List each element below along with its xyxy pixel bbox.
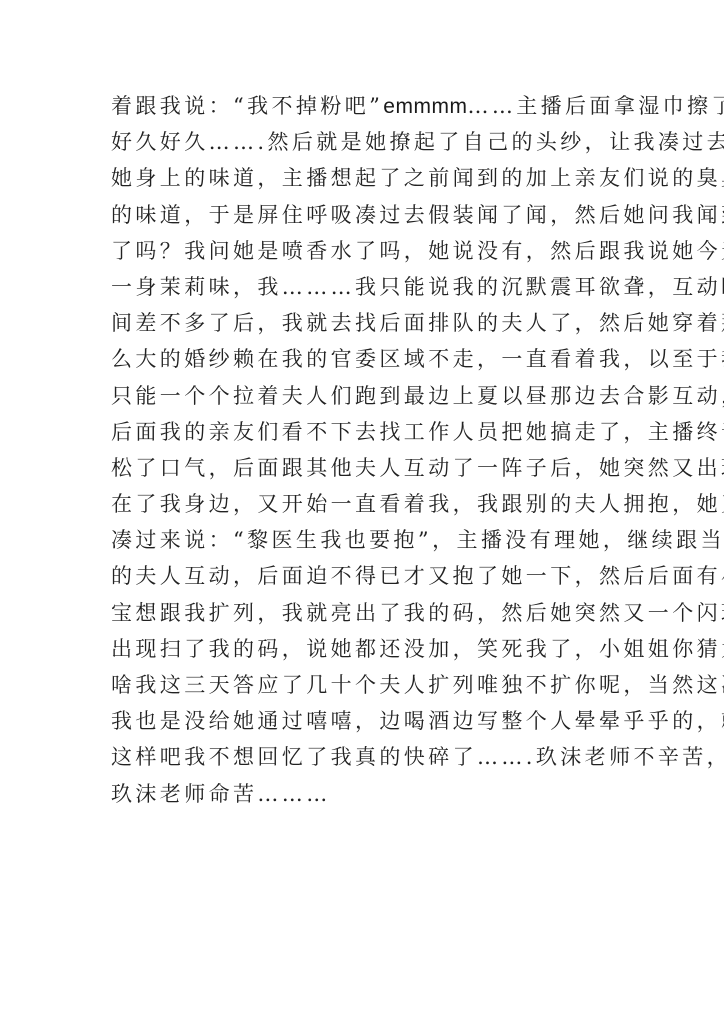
- text-line-13: 凑过来说：“黎医生我也要抱”，主播没有理她，继续跟当时: [111, 522, 621, 558]
- text-line-20: 玖沫老师命苦………: [111, 776, 621, 812]
- text-line-12: 在了我身边，又开始一直看着我，我跟别的夫人拥抱，她又: [111, 486, 621, 522]
- text-line-9: 只能一个个拉着夫人们跑到最边上夏以昼那边去合影互动，: [111, 378, 621, 414]
- text-line-5: 了吗？我问她是喷香水了吗，她说没有，然后跟我说她今天: [111, 233, 621, 269]
- text-segment: 着跟我说：“我不掉粉吧”: [111, 94, 383, 118]
- text-line-4: 的味道，于是屏住呼吸凑过去假装闻了闻，然后她问我闻到: [111, 197, 621, 233]
- text-line-11: 松了口气，后面跟其他夫人互动了一阵子后，她突然又出现: [111, 450, 621, 486]
- text-segment-latin: emmmm: [383, 95, 467, 118]
- text-line-18: 我也是没给她通过嘻嘻，边喝酒边写整个人晕晕乎乎的，就: [111, 703, 621, 739]
- document-page: 着跟我说：“我不掉粉吧”emmmm……主播后面拿湿巾擦了 好久好久…….然后就是…: [0, 0, 724, 1024]
- text-line-1: 着跟我说：“我不掉粉吧”emmmm……主播后面拿湿巾擦了: [111, 88, 621, 124]
- text-line-6: 一身茉莉味，我………我只能说我的沉默震耳欲聋，互动时: [111, 269, 621, 305]
- text-line-3: 她身上的味道，主播想起了之前闻到的加上亲友们说的臭臭: [111, 160, 621, 196]
- text-line-17: 啥我这三天答应了几十个夫人扩列唯独不扩你呢，当然这次: [111, 667, 621, 703]
- text-line-14: 的夫人互动，后面迫不得已才又抱了她一下，然后后面有小: [111, 558, 621, 594]
- text-line-2: 好久好久…….然后就是她撩起了自己的头纱，让我凑过去闻: [111, 124, 621, 160]
- text-line-8: 么大的婚纱赖在我的官委区域不走，一直看着我，以至于我: [111, 341, 621, 377]
- text-line-19: 这样吧我不想回忆了我真的快碎了…….玖沫老师不辛苦，: [111, 739, 621, 775]
- body-text: 着跟我说：“我不掉粉吧”emmmm……主播后面拿湿巾擦了 好久好久…….然后就是…: [111, 88, 621, 812]
- text-line-15: 宝想跟我扩列，我就亮出了我的码，然后她突然又一个闪现: [111, 595, 621, 631]
- text-line-16: 出现扫了我的码，说她都还没加，笑死我了，小姐姐你猜为: [111, 631, 621, 667]
- text-segment: ……主播后面拿湿巾擦了: [467, 94, 724, 118]
- text-line-10: 后面我的亲友们看不下去找工作人员把她搞走了，主播终于: [111, 414, 621, 450]
- text-line-7: 间差不多了后，我就去找后面排队的夫人了，然后她穿着那: [111, 305, 621, 341]
